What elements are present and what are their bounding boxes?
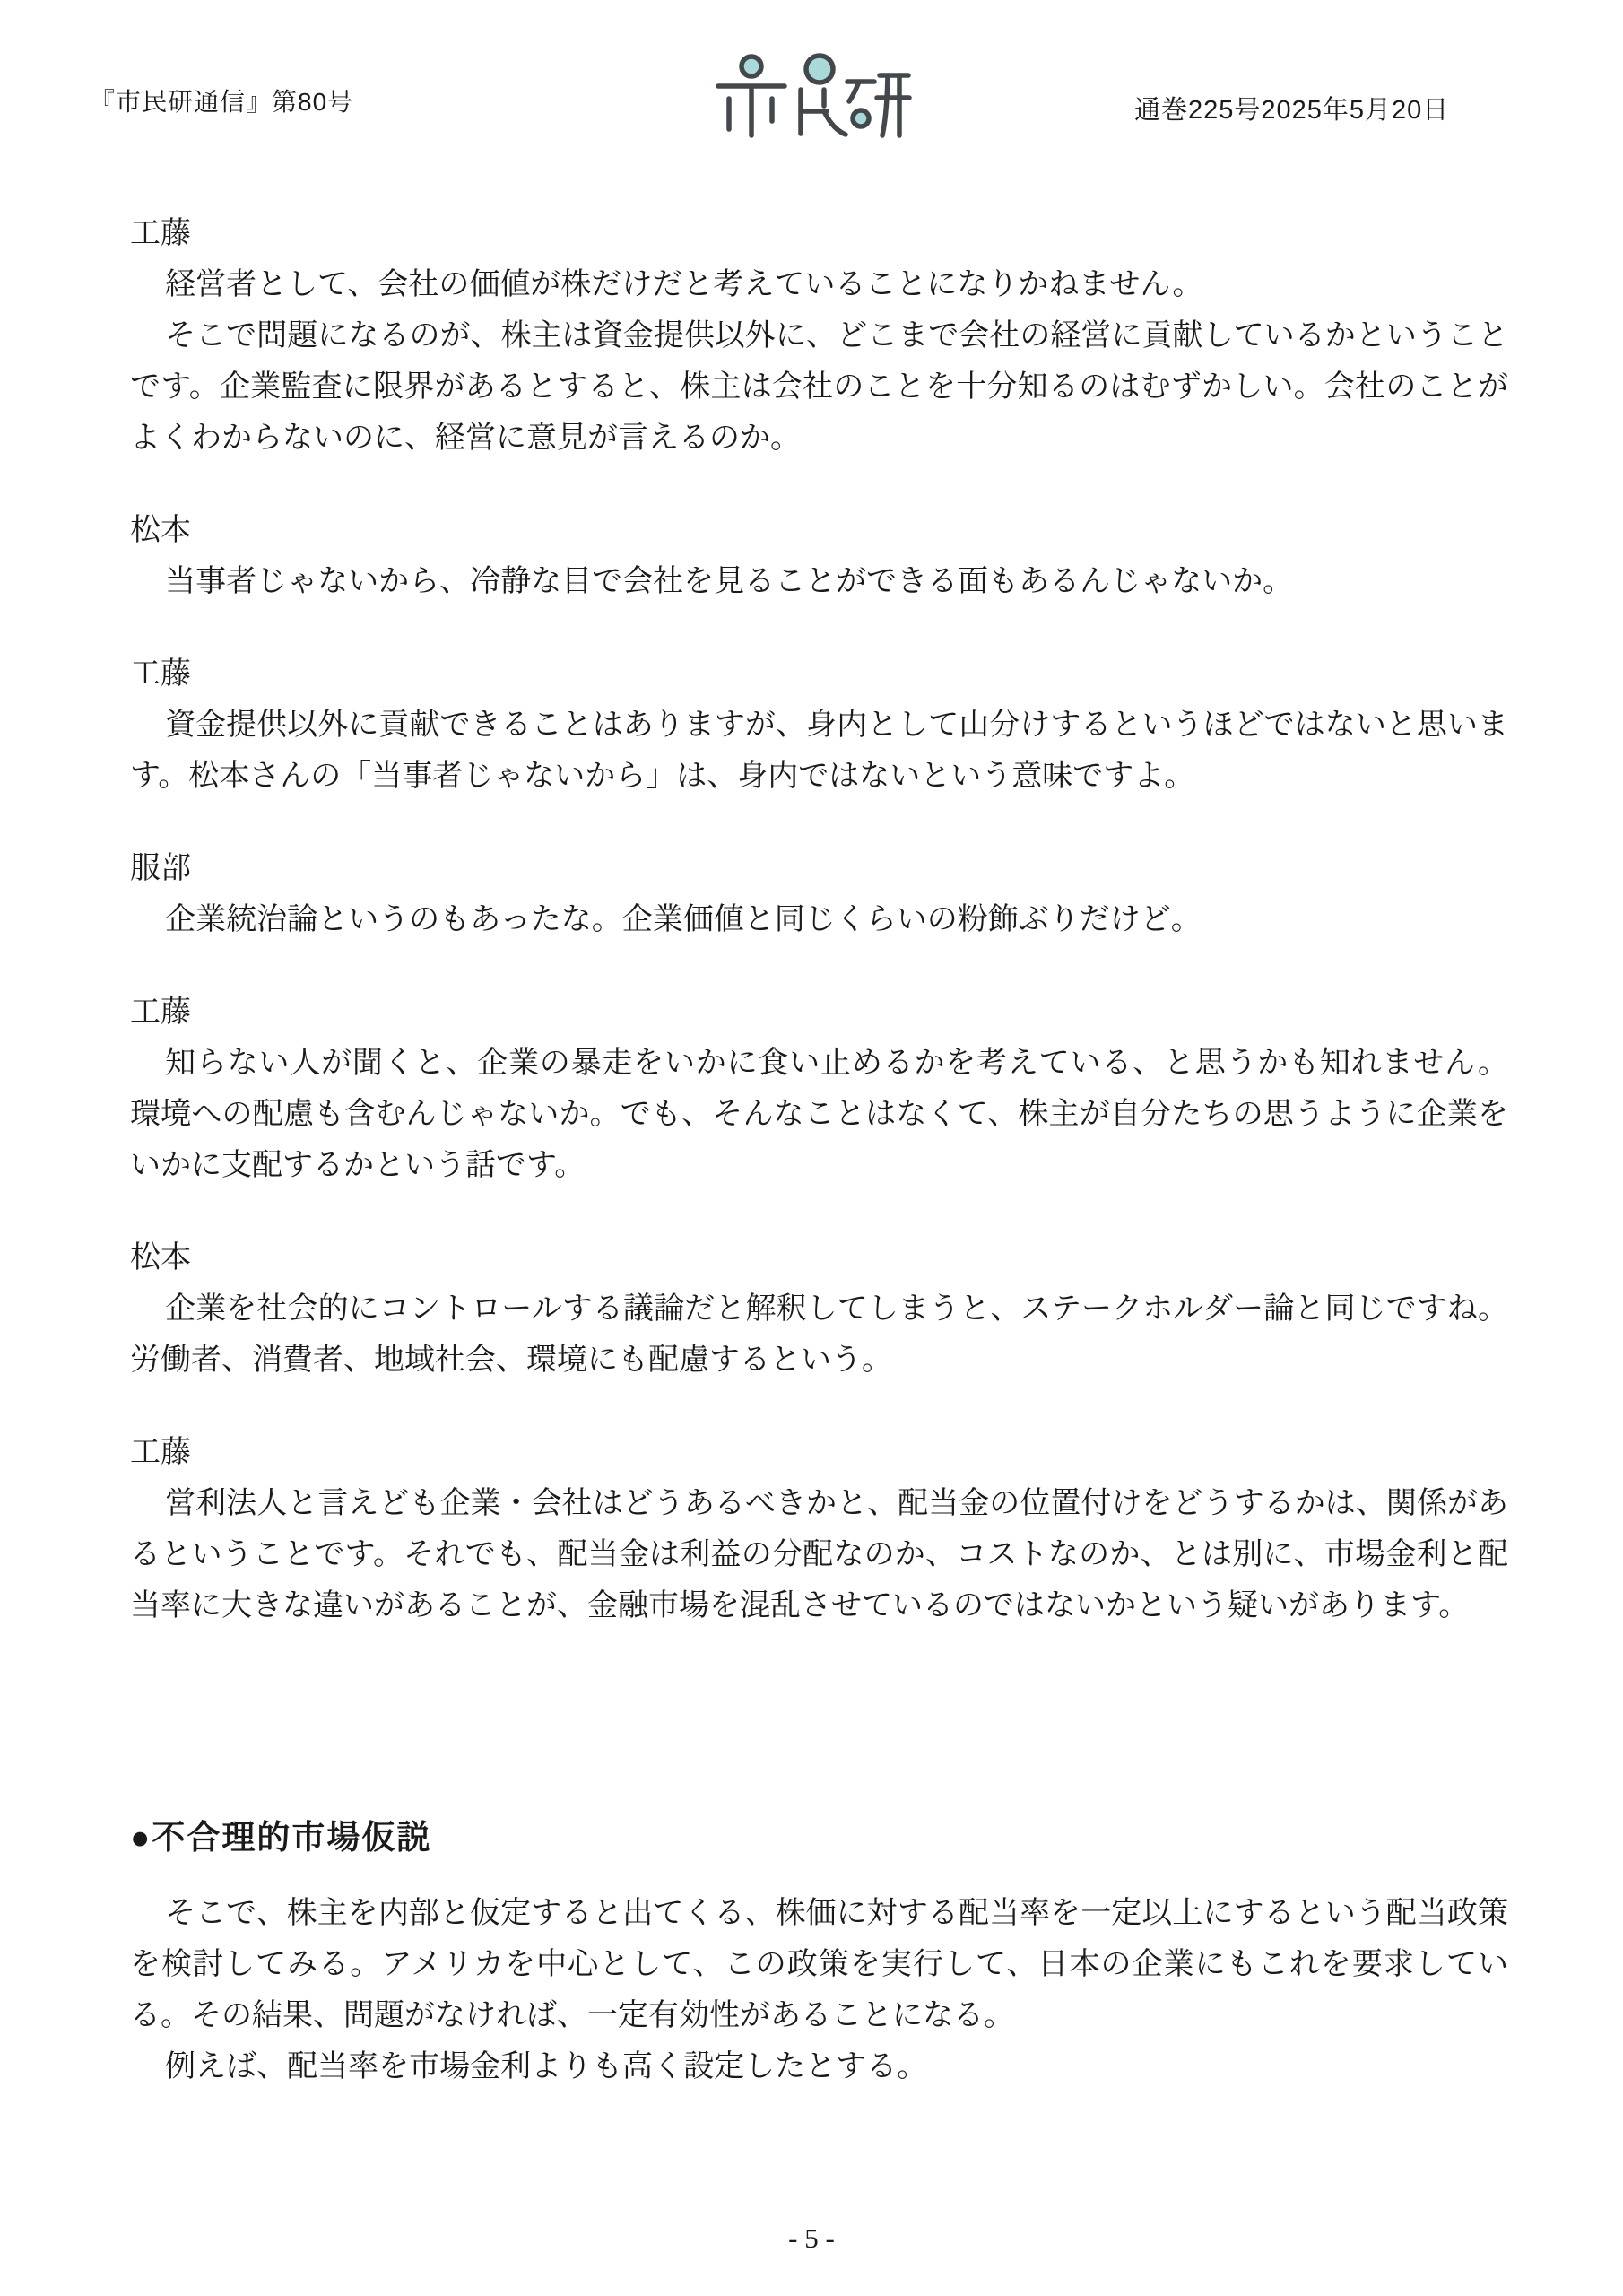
speaker-name: 松本 — [130, 505, 1508, 556]
dialogue-paragraph: 企業統治論というのもあったな。企業価値と同じくらいの粉飾ぶりだけど。 — [130, 894, 1508, 945]
shiminken-logo — [711, 43, 912, 145]
dialogue-paragraph: 経営者として、会社の価値が株だけだと考えていることになりかねません。 — [130, 259, 1508, 310]
speaker-name: 服部 — [130, 843, 1508, 894]
dialogue-paragraph: 当事者じゃないから、冷静な目で会社を見ることができる面もあるんじゃないか。 — [130, 556, 1508, 607]
dialogue-paragraph: そこで問題になるのが、株主は資金提供以外に、どこまで会社の経営に貢献しているかと… — [130, 310, 1508, 464]
speaker-name: 工藤 — [130, 648, 1508, 700]
dialogue-block: 松本 当事者じゃないから、冷静な目で会社を見ることができる面もあるんじゃないか。 — [130, 505, 1508, 607]
dialogue-paragraph: 企業を社会的にコントロールする議論だと解釈してしまうと、ステークホルダー論と同じ… — [130, 1283, 1508, 1386]
dialogue-block: 工藤 資金提供以外に貢献できることはありますが、身内として山分けするというほどで… — [130, 648, 1508, 802]
dialogue-block: 松本 企業を社会的にコントロールする議論だと解釈してしまうと、ステークホルダー論… — [130, 1232, 1508, 1386]
section-heading: ●不合理的市場仮説 — [130, 1811, 1508, 1865]
article-body: 工藤 経営者として、会社の価値が株だけだと考えていることになりかねません。 そこ… — [130, 208, 1508, 2092]
section-paragraph: そこで、株主を内部と仮定すると出てくる、株価に対する配当率を一定以上にするという… — [130, 1888, 1508, 2041]
dialogue-paragraph: 資金提供以外に貢献できることはありますが、身内として山分けするというほどではない… — [130, 700, 1508, 802]
dialogue-block: 工藤 営利法人と言えども企業・会社はどうあるべきかと、配当金の位置付けをどうする… — [130, 1427, 1508, 1631]
issue-date: 通巻225号2025年5月20日 — [1134, 90, 1449, 126]
dialogue-paragraph: 営利法人と言えども企業・会社はどうあるべきかと、配当金の位置付けをどうするかは、… — [130, 1478, 1508, 1631]
document-page: 『市民研通信』第80号 — [0, 0, 1623, 2296]
speaker-name: 工藤 — [130, 987, 1508, 1038]
dialogue-block: 服部 企業統治論というのもあったな。企業価値と同じくらいの粉飾ぶりだけど。 — [130, 843, 1508, 945]
dialogue-paragraph: 知らない人が聞くと、企業の暴走をいかに食い止めるかを考えている、と思うかも知れま… — [130, 1038, 1508, 1191]
section-paragraph: 例えば、配当率を市場金利よりも高く設定したとする。 — [130, 2041, 1508, 2092]
speaker-name: 工藤 — [130, 208, 1508, 259]
newsletter-title: 『市民研通信』第80号 — [90, 83, 353, 118]
speaker-name: 工藤 — [130, 1427, 1508, 1478]
section-body: そこで、株主を内部と仮定すると出てくる、株価に対する配当率を一定以上にするという… — [130, 1888, 1508, 2092]
dialogue-block: 工藤 知らない人が聞くと、企業の暴走をいかに食い止めるかを考えている、と思うかも… — [130, 987, 1508, 1191]
page-number: - 5 - — [0, 2222, 1623, 2255]
dialogue-block: 工藤 経営者として、会社の価値が株だけだと考えていることになりかねません。 そこ… — [130, 208, 1508, 464]
speaker-name: 松本 — [130, 1232, 1508, 1283]
shiminken-logo-icon — [711, 43, 912, 145]
